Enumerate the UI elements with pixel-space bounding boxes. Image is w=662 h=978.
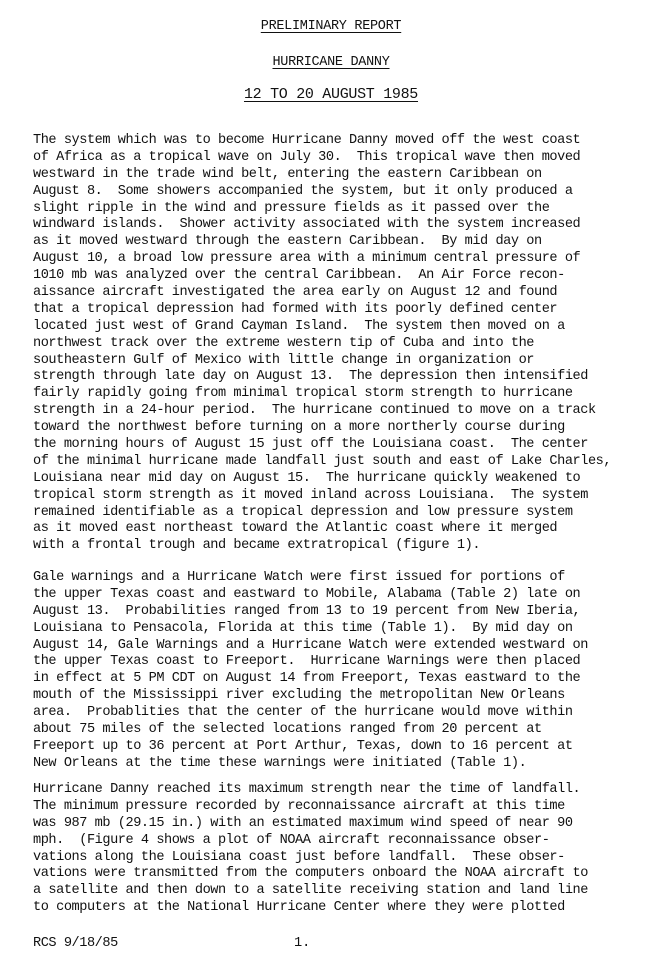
storm-name-row: HURRICANE DANNY: [0, 52, 662, 70]
text-line: 1010 mb was analyzed over the central Ca…: [33, 268, 658, 285]
text-line: Freeport up to 36 percent at Port Arthur…: [33, 739, 658, 756]
paragraph-storm-history: The system which was to become Hurricane…: [33, 133, 658, 555]
text-line: The system which was to become Hurricane…: [33, 133, 658, 150]
text-line: tropical storm strength as it moved inla…: [33, 488, 658, 505]
text-line: windward islands. Shower activity associ…: [33, 217, 658, 234]
text-line: the upper Texas coast to Freeport. Hurri…: [33, 654, 658, 671]
paragraph-maximum-strength: Hurricane Danny reached its maximum stre…: [33, 782, 658, 917]
text-line: westward in the trade wind belt, enterin…: [33, 167, 658, 184]
text-line: August 14, Gale Warnings and a Hurricane…: [33, 638, 658, 655]
text-line: Hurricane Danny reached its maximum stre…: [33, 782, 658, 799]
text-line: of the minimal hurricane made landfall j…: [33, 454, 658, 471]
report-title-row: PRELIMINARY REPORT: [0, 16, 662, 34]
text-line: Louisiana to Pensacola, Florida at this …: [33, 621, 658, 638]
text-line: in effect at 5 PM CDT on August 14 from …: [33, 671, 658, 688]
text-line: August 8. Some showers accompanied the s…: [33, 184, 658, 201]
report-title: PRELIMINARY REPORT: [261, 19, 401, 34]
text-line: New Orleans at the time these warnings w…: [33, 756, 658, 773]
text-line: remained identifiable as a tropical depr…: [33, 505, 658, 522]
date-range-row: 12 TO 20 AUGUST 1985: [0, 85, 662, 103]
page-number: 1.: [294, 936, 310, 951]
storm-name: HURRICANE DANNY: [272, 55, 389, 70]
text-line: August 13. Probabilities ranged from 13 …: [33, 604, 658, 621]
footer-author-date: RCS 9/18/85: [33, 936, 118, 951]
text-line: as it moved westward through the eastern…: [33, 234, 658, 251]
text-line: aissance aircraft investigated the area …: [33, 285, 658, 302]
text-line: mph. (Figure 4 shows a plot of NOAA airc…: [33, 833, 658, 850]
text-line: was 987 mb (29.15 in.) with an estimated…: [33, 816, 658, 833]
text-line: with a frontal trough and became extratr…: [33, 538, 658, 555]
text-line: August 10, a broad low pressure area wit…: [33, 251, 658, 268]
text-line: the upper Texas coast and eastward to Mo…: [33, 587, 658, 604]
text-line: Gale warnings and a Hurricane Watch were…: [33, 570, 658, 587]
text-line: that a tropical depression had formed wi…: [33, 302, 658, 319]
text-line: slight ripple in the wind and pressure f…: [33, 201, 658, 218]
text-line: strength through late day on August 13. …: [33, 369, 658, 386]
text-line: fairly rapidly going from minimal tropic…: [33, 386, 658, 403]
text-line: northwest track over the extreme western…: [33, 336, 658, 353]
text-line: mouth of the Mississippi river excluding…: [33, 688, 658, 705]
text-line: strength in a 24-hour period. The hurric…: [33, 403, 658, 420]
document-page: PRELIMINARY REPORT HURRICANE DANNY 12 TO…: [0, 0, 662, 978]
text-line: toward the northwest before turning on a…: [33, 420, 658, 437]
text-line: vations along the Louisiana coast just b…: [33, 850, 658, 867]
text-line: area. Probablities that the center of th…: [33, 705, 658, 722]
text-line: as it moved east northeast toward the At…: [33, 521, 658, 538]
text-line: to computers at the National Hurricane C…: [33, 900, 658, 917]
text-line: about 75 miles of the selected locations…: [33, 722, 658, 739]
date-range: 12 TO 20 AUGUST 1985: [244, 86, 418, 103]
text-line: of Africa as a tropical wave on July 30.…: [33, 150, 658, 167]
text-line: a satellite and then down to a satellite…: [33, 883, 658, 900]
text-line: the morning hours of August 15 just off …: [33, 437, 658, 454]
text-line: Louisiana near mid day on August 15. The…: [33, 471, 658, 488]
paragraph-warnings: Gale warnings and a Hurricane Watch were…: [33, 570, 658, 773]
text-line: located just west of Grand Cayman Island…: [33, 319, 658, 336]
text-line: vations were transmitted from the comput…: [33, 866, 658, 883]
text-line: The minimum pressure recorded by reconna…: [33, 799, 658, 816]
text-line: southeastern Gulf of Mexico with little …: [33, 353, 658, 370]
